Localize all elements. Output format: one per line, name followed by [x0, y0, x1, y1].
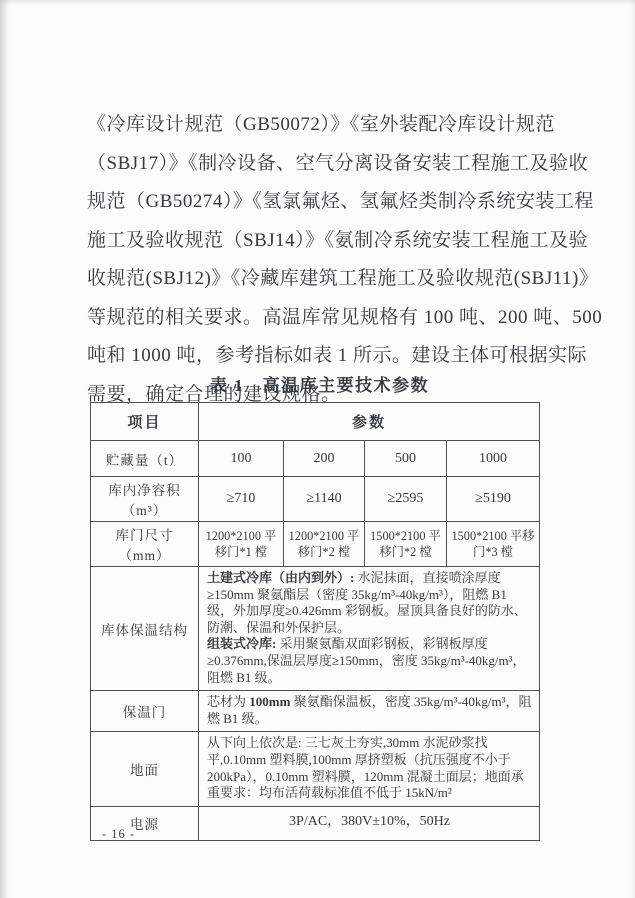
table-row: 保温门芯材为 100mm 聚氨酯保温板，密度 35kg/m³-40kg/m³，阻… [91, 691, 540, 732]
row-label-cell: 贮藏量（t） [91, 441, 199, 477]
row-label-cell: 库体保温结构 [91, 567, 199, 691]
value-cell: ≥2595 [365, 477, 447, 522]
row-label-cell: 库内净容积（m³） [91, 477, 199, 522]
table-row: 库体保温结构土建式冷库（由内到外）: 水泥抹面，直接喷涂厚度≥150mm 聚氨酯… [91, 567, 540, 691]
body-paragraph: 《冷库设计规范（GB50072）》《室外装配冷库设计规范 （SBJ17）》《制冷… [87, 106, 552, 414]
value-cell: 200 [284, 441, 365, 477]
table-title: 表 1 高温库主要技术参数 [87, 371, 552, 396]
parameters-table: 项目 参数 贮藏量（t）1002005001000库内净容积（m³）≥710≥1… [90, 402, 540, 841]
value-cell: 1500*2100 平移门*3 樘 [447, 522, 540, 567]
bold-text-segment: 100mm [249, 694, 290, 709]
value-cell: 500 [365, 441, 447, 477]
page-number: - 16 - [102, 827, 135, 842]
scan-edge-left [0, 0, 9, 898]
paragraph-line: 《冷库设计规范（GB50072）》《室外装配冷库设计规范 [87, 106, 552, 145]
value-cell: ≥1140 [284, 477, 365, 522]
table-row: 贮藏量（t）1002005001000 [91, 441, 540, 477]
table-row: 地面从下向上依次是: 三七灰土夯实,30mm 水泥砂浆找平,0.10mm 塑料膜… [91, 732, 540, 806]
description-cell: 土建式冷库（由内到外）: 水泥抹面，直接喷涂厚度≥150mm 聚氨酯层（密度 3… [199, 567, 540, 691]
row-label-cell: 库门尺寸（mm） [91, 522, 199, 567]
table-row: 库门尺寸（mm）1200*2100 平移门*1 樘1200*2100 平移门*2… [91, 522, 540, 567]
value-cell: ≥710 [199, 477, 284, 522]
value-cell: ≥5190 [447, 477, 540, 522]
table-row: 库内净容积（m³）≥710≥1140≥2595≥5190 [91, 477, 540, 522]
scan-edge-top [0, 0, 635, 5]
value-cell: 1000 [447, 441, 540, 477]
header-item-cell: 项目 [91, 403, 199, 441]
row-label-cell: 地面 [91, 732, 199, 806]
value-cell: 1200*2100 平移门*2 樘 [284, 522, 365, 567]
paragraph-line: 收规范(SBJ12)》《冷藏库建筑工程施工及验收规范(SBJ11)》 [87, 260, 552, 299]
paragraph-line: （SBJ17）》《制冷设备、空气分离设备安装工程施工及验收 [87, 145, 552, 184]
paragraph-line: 吨和 1000 吨，参考指标如表 1 所示。建设主体可根据实际 [87, 337, 552, 376]
value-cell: 1500*2100 平移门*2 樘 [365, 522, 447, 567]
row-label-cell: 保温门 [91, 691, 199, 732]
description-cell: 从下向上依次是: 三七灰土夯实,30mm 水泥砂浆找平,0.10mm 塑料膜,1… [199, 732, 540, 806]
value-cell: 1200*2100 平移门*1 樘 [199, 522, 284, 567]
table-header-row: 项目 参数 [91, 403, 540, 441]
table-row: 电源3P/AC，380V±10%，50Hz [91, 806, 540, 840]
description-cell: 3P/AC，380V±10%，50Hz [199, 806, 540, 840]
text-segment: 3P/AC，380V±10%，50Hz [289, 814, 450, 829]
paragraph-line: 规范（GB50274）》《氢氯氟烃、氢氟烃类制冷系统安装工程 [87, 183, 552, 222]
bold-text-segment: 组装式冷库: [207, 636, 280, 651]
text-segment: 从下向上依次是: 三七灰土夯实,30mm 水泥砂浆找平,0.10mm 塑料膜,1… [207, 735, 524, 800]
bold-text-segment: 土建式冷库（由内到外）: [207, 570, 358, 585]
document-page: 《冷库设计规范（GB50072）》《室外装配冷库设计规范 （SBJ17）》《制冷… [0, 0, 635, 898]
paragraph-line: 等规范的相关要求。高温库常见规格有 100 吨、200 吨、500 [87, 299, 552, 338]
table-body: 项目 参数 贮藏量（t）1002005001000库内净容积（m³）≥710≥1… [91, 403, 540, 841]
description-cell: 芯材为 100mm 聚氨酯保温板，密度 35kg/m³-40kg/m³，阻燃 B… [199, 691, 540, 732]
header-param-cell: 参数 [199, 403, 540, 441]
scan-edge-right [631, 0, 635, 898]
paragraph-line: 施工及验收规范（SBJ14）》《氨制冷系统安装工程施工及验 [87, 222, 552, 261]
value-cell: 100 [199, 441, 284, 477]
text-segment: 芯材为 [207, 694, 249, 709]
